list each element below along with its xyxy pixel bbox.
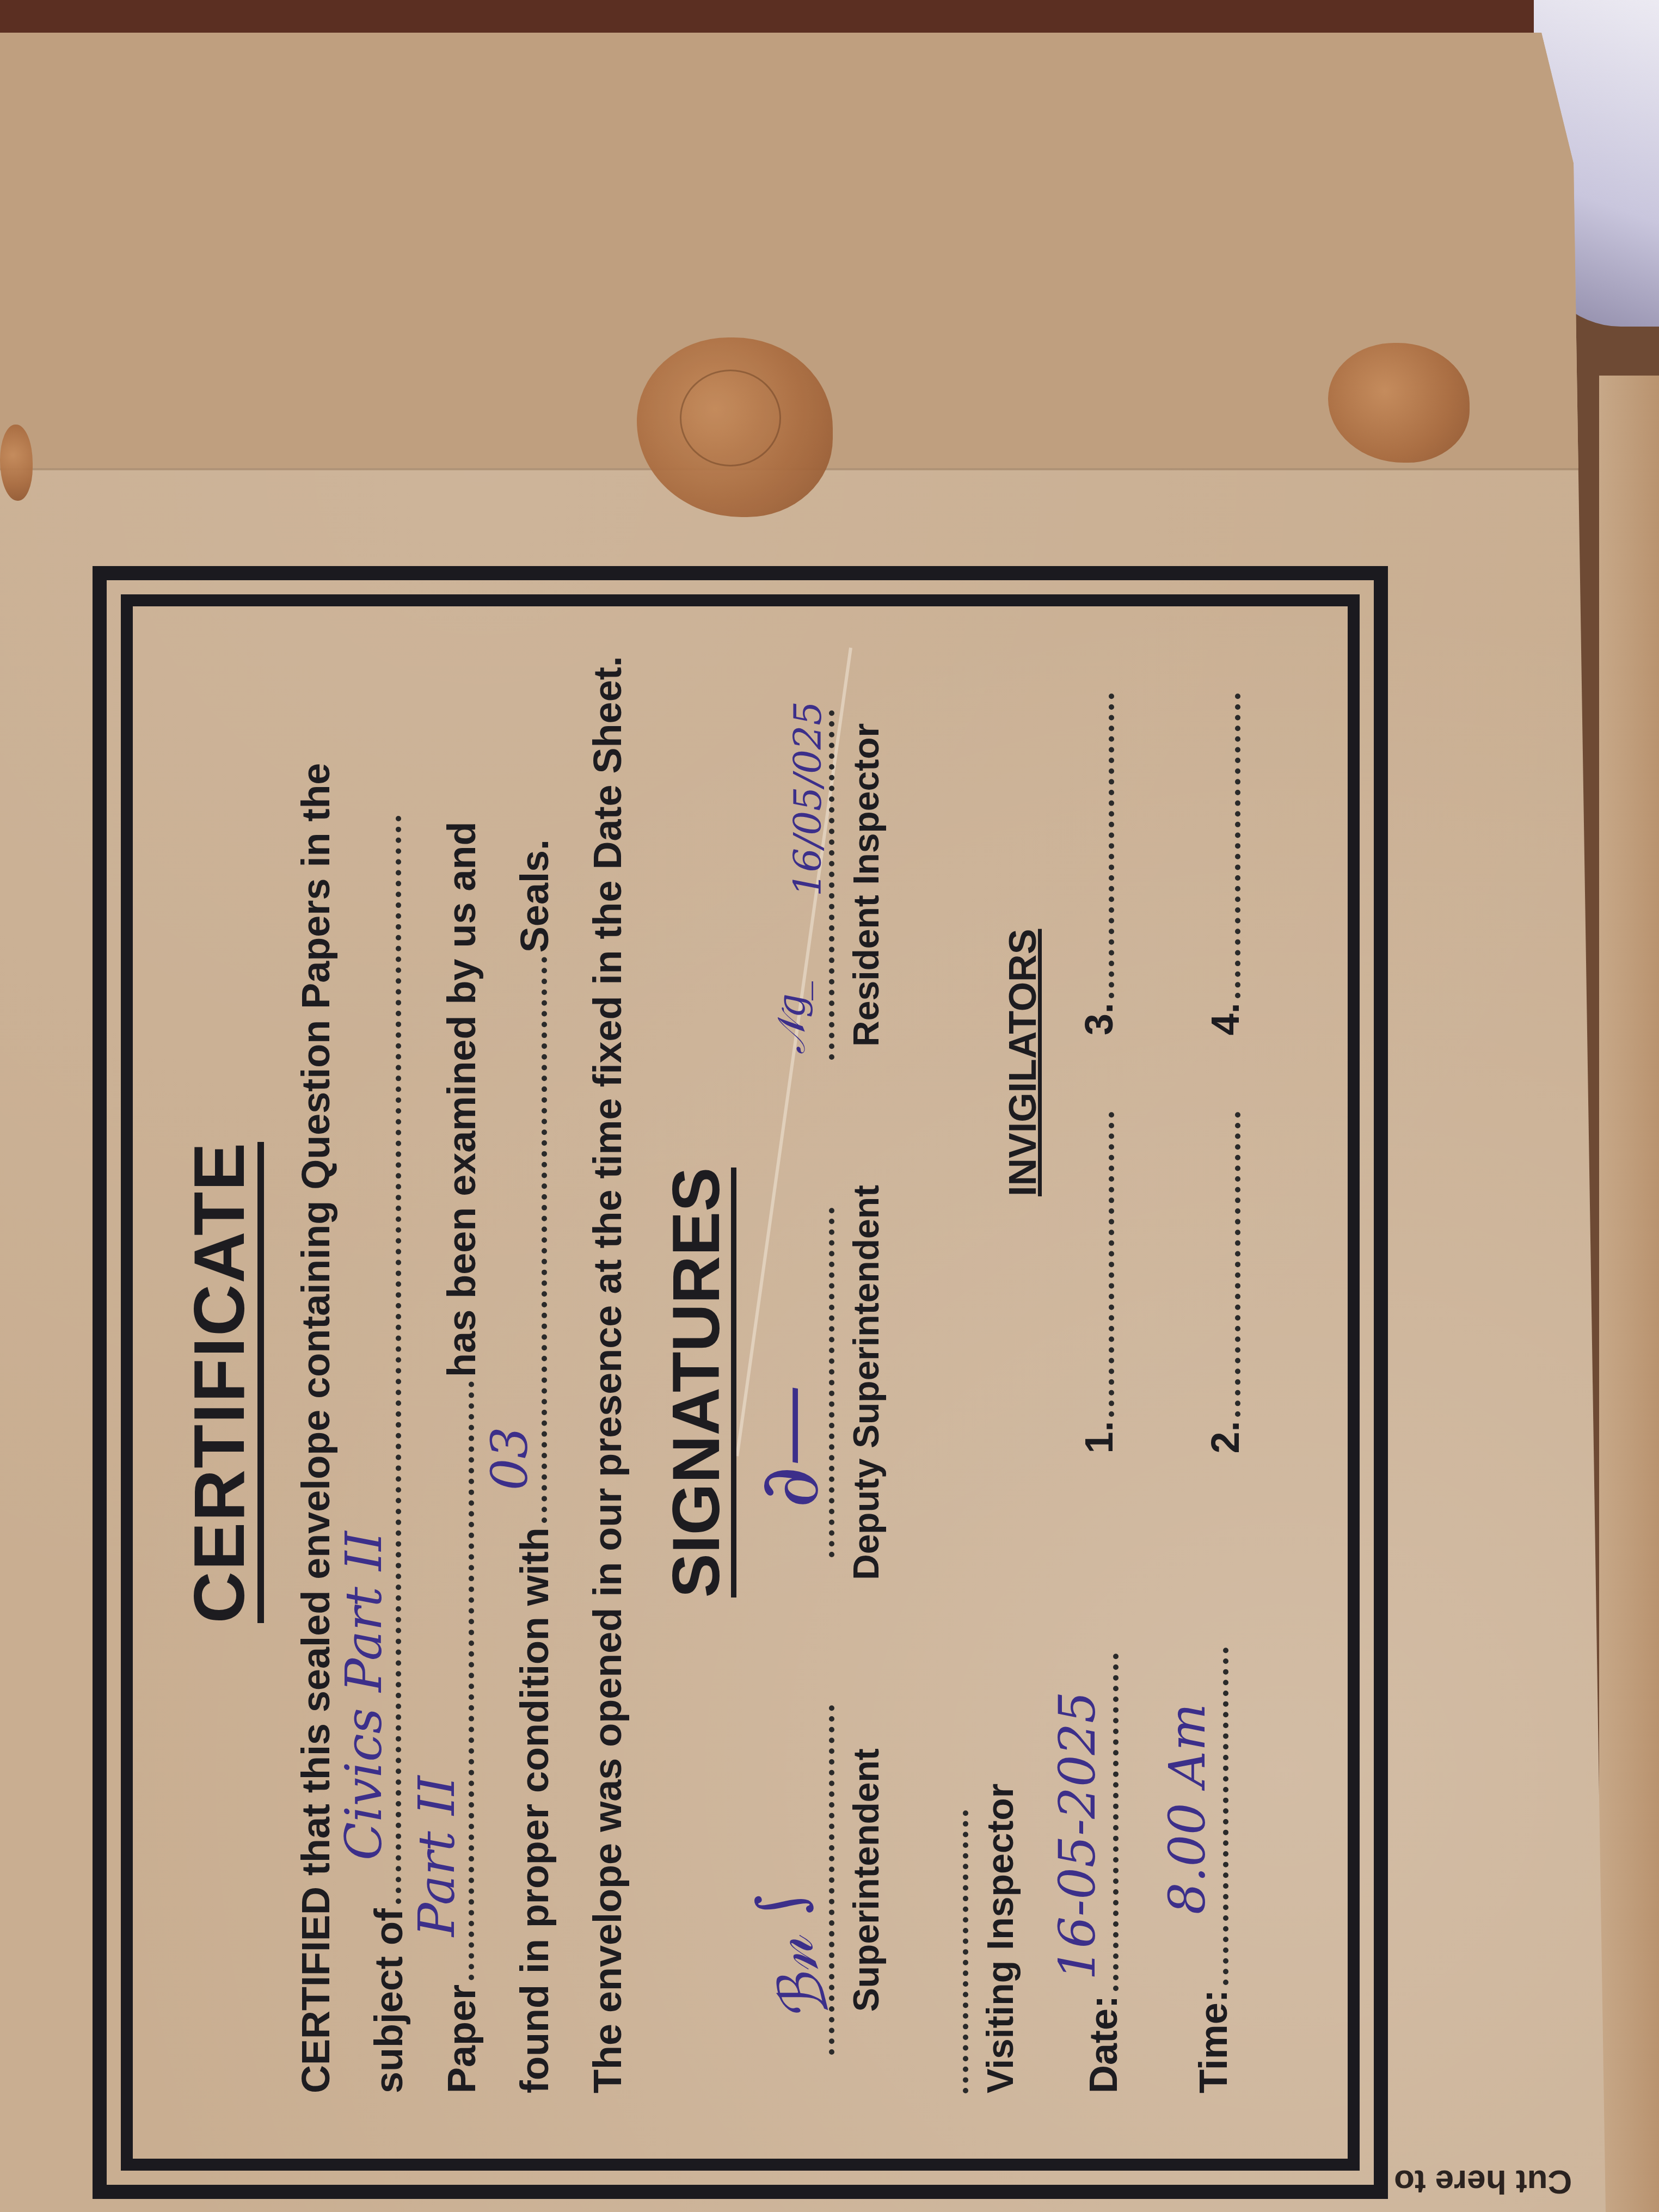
invigilator-1-field[interactable] [1109,1112,1114,1417]
superintendent-signature-icon: ℬ𝓃 ∫ [743,1882,844,2029]
certified-line: CERTIFIED that this sealed envelope cont… [297,672,336,2093]
deputy-signature-field[interactable]: ∂— [780,1208,834,1558]
date-value: 16-05-2025 [1048,1692,1107,1980]
invigilators-grid: 1. 3. 2. 4. [1077,672,1248,1454]
seals-suffix: Seals. [515,839,555,953]
resident-date: 16/05/025 [785,701,830,896]
seals-line: found in proper condition with 03 Seals. [515,672,555,2093]
subject-label: subject of [370,1908,409,2093]
certificate-title: CERTIFICATE [182,1142,264,1624]
invigilator-2-field[interactable] [1235,1112,1240,1417]
deputy-superintendent-block: ∂— Deputy Superintendent [780,1169,887,1596]
paper-suffix: has been examined by us and [443,822,482,1377]
date-field[interactable]: 16-05-2025 [1113,1654,1119,1991]
resident-inspector-label: Resident Inspector [845,672,887,1098]
paper-field[interactable]: Part II [469,1381,474,1980]
paper-line: Paper Part II has been examined by us an… [443,672,482,2093]
seals-value: 03 [485,1427,535,1490]
resident-signature-icon: 𝒩𝑔 ̲ [769,981,814,1054]
lower-left-column: Visiting Inspector Date: 16-05-2025 Time… [936,1525,1301,2093]
subject-line: subject of Civics Part II [370,672,409,2093]
paper-label: Paper [443,1984,482,2093]
cut-here-text: Cut here to [1394,2162,1572,2201]
invigilator-number: 2. [1203,1421,1248,1454]
invigilator-number: 1. [1077,1421,1122,1454]
wax-seal-partial-icon [0,425,33,501]
subject-value: Civics Part II [339,1531,389,1860]
resident-signature-field[interactable]: 𝒩𝑔 ̲ 16/05/025 [780,710,834,1060]
lower-section: Visiting Inspector Date: 16-05-2025 Time… [936,672,1301,2093]
seals-prefix: found in proper condition with [515,1527,555,2093]
date-row: Date: 16-05-2025 [1082,1525,1126,2093]
signatures-title: SIGNATURES [661,1168,736,1598]
visiting-inspector-signature-field[interactable] [936,1810,968,2093]
time-row: Time: 8.00 Am [1191,1525,1236,2093]
superintendent-signature-field[interactable]: ℬ𝓃 ∫ [780,1705,834,2055]
invigilators-section: INVIGILATORS 1. 3. 2. [936,672,1301,1454]
deputy-superintendent-label: Deputy Superintendent [845,1169,887,1596]
invigilators-title: INVIGILATORS [1001,672,1044,1454]
time-value: 8.00 Am [1158,1704,1216,1915]
invigilator-1: 1. [1077,1090,1122,1453]
resident-inspector-block: 𝒩𝑔 ̲ 16/05/025 Resident Inspector [780,672,887,1098]
subject-field[interactable]: Civics Part II [396,815,401,1904]
date-label: Date: [1082,1995,1126,2093]
paper-value: Part II [412,1775,462,1937]
invigilator-number: 4. [1203,1003,1248,1035]
deputy-signature-icon: ∂— [742,1385,837,1509]
invigilator-number: 3. [1077,1003,1122,1035]
certificate-outer-border: CERTIFICATE CERTIFIED that this sealed e… [93,566,1388,2199]
superintendent-label: Superintendent [845,1667,887,2093]
invigilator-4-field[interactable] [1235,693,1240,998]
invigilator-4: 4. [1203,672,1248,1035]
invigilator-3: 3. [1077,672,1122,1035]
certificate-panel: CERTIFICATE CERTIFIED that this sealed e… [93,566,1399,2212]
opened-text: The envelope was opened in our presence … [588,656,628,2093]
certified-text: CERTIFIED that this sealed envelope cont… [297,763,336,2093]
seals-field[interactable]: 03 [542,957,547,1523]
wax-seal-icon [637,337,833,517]
signatures-row: ℬ𝓃 ∫ Superintendent ∂— Deputy Superinten… [780,672,887,2093]
opened-line: The envelope was opened in our presence … [588,672,628,2093]
superintendent-block: ℬ𝓃 ∫ Superintendent [780,1667,887,2093]
certificate-inner-border: CERTIFICATE CERTIFIED that this sealed e… [121,594,1360,2171]
invigilator-3-field[interactable] [1109,693,1114,998]
time-field[interactable]: 8.00 Am [1223,1648,1228,1985]
visiting-inspector-label: Visiting Inspector [979,1525,1022,2093]
time-label: Time: [1191,1989,1236,2093]
envelope-edge [1599,376,1659,2212]
invigilator-2: 2. [1203,1090,1248,1453]
